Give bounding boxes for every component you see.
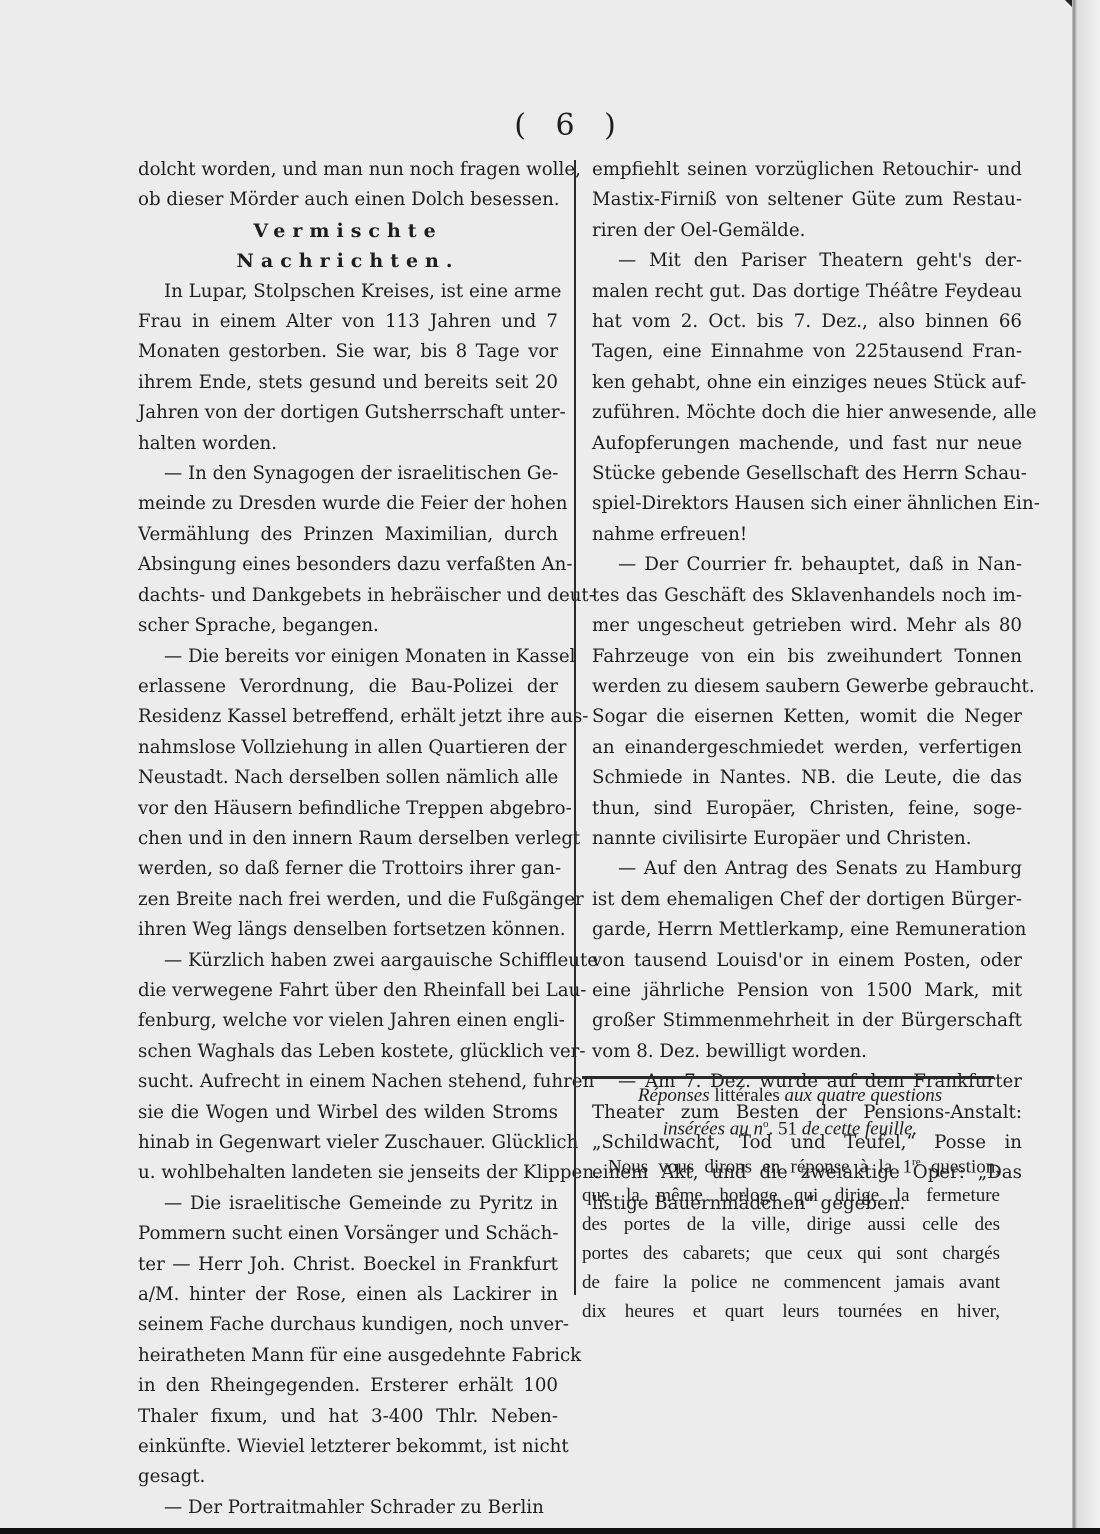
title-part: de cette feuille. <box>802 1118 918 1139</box>
text-line: ihrem Ende, stets gesund und bereits sei… <box>138 368 558 398</box>
text-line: — Die israelitische Gemeinde zu Pyritz i… <box>138 1189 558 1219</box>
text-line: ist dem ehemaligen Chef der dortigen Bür… <box>592 885 1022 915</box>
text-line: — Der Courrier fr. behauptet, daß in Nan… <box>592 550 1022 580</box>
newspaper-page: ( 6 ) dolcht worden, und man nun noch fr… <box>0 0 1075 1534</box>
superscript: re <box>912 1156 921 1168</box>
text-line: Nous vous dirons en réponse à la 1re que… <box>582 1148 1000 1181</box>
text-line: Aufopferungen machende, und fast nur neu… <box>592 429 1022 459</box>
text-line: spiel-Direktors Hausen sich einer ähnlic… <box>592 489 1022 519</box>
text-line: des portes de la ville, dirige aussi cel… <box>582 1210 1000 1239</box>
text-line: a/M. hinter der Rose, einen als Lackirer… <box>138 1280 558 1310</box>
text-line: mer ungescheut getrieben wird. Mehr als … <box>592 611 1022 641</box>
news-article: — Kürzlich haben zwei aargauische Schiff… <box>138 946 558 1189</box>
news-article: In Lupar, Stolpschen Kreises, ist eine a… <box>138 277 558 459</box>
text-line: sie die Wogen und Wirbel des wilden Stro… <box>138 1098 558 1128</box>
text-line: malen recht gut. Das dortige Théâtre Fey… <box>592 277 1022 307</box>
text-line: nahme erfreuen! <box>592 520 1022 550</box>
text-line: u. wohlbehalten landeten sie jenseits de… <box>138 1158 558 1188</box>
text-line: einkünfte. Wieviel letzterer bekommt, is… <box>138 1432 558 1462</box>
column-divider <box>574 160 576 1295</box>
text-line: hat vom 2. Oct. bis 7. Dez., also binnen… <box>592 307 1022 337</box>
text-line: de faire la police ne commencent jamais … <box>582 1268 1000 1297</box>
text-line: dachts- und Dankgebets in hebräischer un… <box>138 581 558 611</box>
right-column: empfiehlt seinen vorzüglichen Retouchir-… <box>592 155 1022 1219</box>
text-line: Absingung eines besonders dazu verfaßten… <box>138 550 558 580</box>
text-line: zuführen. Möchte doch die hier anwesende… <box>592 398 1022 428</box>
title-part: . 51 <box>768 1118 801 1139</box>
text-line: Residenz Kassel betreffend, erhält jetzt… <box>138 702 558 732</box>
text-line: heiratheten Mann für eine ausgedehnte Fa… <box>138 1341 558 1371</box>
title-part: littérales <box>710 1085 785 1106</box>
text-fragment: question, <box>921 1156 1000 1177</box>
text-line: Fahrzeuge von ein bis zweihundert Tonnen <box>592 642 1022 672</box>
text-line: — Die bereits vor einigen Monaten in Kas… <box>138 642 558 672</box>
continued-text: dolcht worden, und man nun noch fragen w… <box>138 155 558 216</box>
text-line: — Der Portraitmahler Schrader zu Berlin <box>138 1493 558 1523</box>
left-column: dolcht worden, und man nun noch fragen w… <box>138 155 558 1523</box>
text-line: Mastix-Firniß von seltener Güte zum Rest… <box>592 185 1022 215</box>
french-section-body: Nous vous dirons en réponse à la 1re que… <box>582 1148 1000 1326</box>
text-line: Schmiede in Nantes. NB. die Leute, die d… <box>592 763 1022 793</box>
text-line: schen Waghals das Leben kostete, glückli… <box>138 1037 558 1067</box>
text-line: halten worden. <box>138 429 558 459</box>
news-article: — Der Courrier fr. behauptet, daß in Nan… <box>592 550 1022 854</box>
text-line: nahmslose Vollziehung in allen Quartiere… <box>138 733 558 763</box>
text-line: tes das Geschäft des Sklavenhandels noch… <box>592 581 1022 611</box>
title-part: Réponses <box>638 1085 710 1106</box>
text-line: sucht. Aufrecht in einem Nachen stehend,… <box>138 1067 558 1097</box>
title-part: aux quatre questions <box>785 1085 943 1106</box>
text-line: dix heures et quart leurs tournées en hi… <box>582 1297 1000 1326</box>
text-line: eine jährliche Pension von 1500 Mark, mi… <box>592 976 1022 1006</box>
text-line: werden, so daß ferner die Trottoirs ihre… <box>138 854 558 884</box>
text-line: vor den Häusern befindliche Treppen abge… <box>138 794 558 824</box>
text-line: die verwegene Fahrt über den Rheinfall b… <box>138 976 558 1006</box>
text-line: fenburg, welche vor vielen Jahren einen … <box>138 1006 558 1036</box>
text-line: seinem Fache durchaus kundigen, noch unv… <box>138 1310 558 1340</box>
text-line: Stücke gebende Gesellschaft des Herrn Sc… <box>592 459 1022 489</box>
book-spine-edge <box>1072 0 1100 1534</box>
text-line: ob dieser Mörder auch einen Dolch besess… <box>138 185 558 215</box>
text-line: nannte civilisirte Europäer und Christen… <box>592 824 1022 854</box>
text-line: garde, Herrn Mettlerkamp, eine Remunerat… <box>592 915 1022 945</box>
text-line: — Mit den Pariser Theatern geht's der- <box>592 246 1022 276</box>
text-line: ter — Herr Joh. Christ. Boeckel in Frank… <box>138 1250 558 1280</box>
news-article: — Auf den Antrag des Senats zu Hamburgis… <box>592 854 1022 1067</box>
text-line: Frau in einem Alter von 113 Jahren und 7 <box>138 307 558 337</box>
text-line: riren der Oel-Gemälde. <box>592 216 1022 246</box>
text-line: empfiehlt seinen vorzüglichen Retouchir-… <box>592 155 1022 185</box>
scan-bottom-edge <box>0 1528 1100 1534</box>
text-line: in den Rheingegenden. Ersterer erhält 10… <box>138 1371 558 1401</box>
news-article: — Der Portraitmahler Schrader zu Berlin <box>138 1493 558 1523</box>
text-line: großer Stimmenmehrheit in der Bürgerscha… <box>592 1006 1022 1036</box>
text-line: meinde zu Dresden wurde die Feier der ho… <box>138 489 558 519</box>
text-line: que la même horloge qui dirige la fermet… <box>582 1181 1000 1210</box>
text-line: dolcht worden, und man nun noch fragen w… <box>138 155 558 185</box>
text-line: portes des cabarets; que ceux qui sont c… <box>582 1239 1000 1268</box>
text-line: In Lupar, Stolpschen Kreises, ist eine a… <box>138 277 558 307</box>
text-line: gesagt. <box>138 1462 558 1492</box>
text-line: Neustadt. Nach derselben sollen nämlich … <box>138 763 558 793</box>
text-line: Thaler fixum, und hat 3-400 Thlr. Neben- <box>138 1402 558 1432</box>
news-article: — Die bereits vor einigen Monaten in Kas… <box>138 642 558 946</box>
text-line: Monaten gestorben. Sie war, bis 8 Tage v… <box>138 337 558 367</box>
text-line: ken gehabt, ohne ein einziges neues Stüc… <box>592 368 1022 398</box>
french-section-title: Réponses littérales aux quatre questions… <box>580 1082 1000 1143</box>
text-line: werden zu diesem saubern Gewerbe gebrauc… <box>592 672 1022 702</box>
text-line: chen und in den innern Raum derselben ve… <box>138 824 558 854</box>
news-article: — Mit den Pariser Theatern geht's der-ma… <box>592 246 1022 550</box>
text-line: Pommern sucht einen Vorsänger und Schäch… <box>138 1219 558 1249</box>
page-number: ( 6 ) <box>500 108 640 143</box>
title-part: insérées au n <box>663 1118 763 1139</box>
text-line: Tagen, eine Einnahme von 225tausend Fran… <box>592 337 1022 367</box>
text-line: — Auf den Antrag des Senats zu Hamburg <box>592 854 1022 884</box>
text-line: erlassene Verordnung, die Bau-Polizei de… <box>138 672 558 702</box>
text-fragment: Nous vous dirons en réponse à la 1 <box>608 1156 912 1177</box>
text-line: zen Breite nach frei werden, und die Fuß… <box>138 885 558 915</box>
news-article: — In den Synagogen der israelitischen Ge… <box>138 459 558 641</box>
text-line: — Kürzlich haben zwei aargauische Schiff… <box>138 946 558 976</box>
text-line: scher Sprache, begangen. <box>138 611 558 641</box>
text-line: von tausend Louisd'or in einem Posten, o… <box>592 946 1022 976</box>
text-line: — In den Synagogen der israelitischen Ge… <box>138 459 558 489</box>
section-heading: Vermischte Nachrichten. <box>138 216 558 277</box>
news-article: empfiehlt seinen vorzüglichen Retouchir-… <box>592 155 1022 246</box>
text-line: Jahren von der dortigen Gutsherrschaft u… <box>138 398 558 428</box>
text-line: Sogar die eisernen Ketten, womit die Neg… <box>592 702 1022 732</box>
text-line: ihren Weg längs denselben fortsetzen kön… <box>138 915 558 945</box>
text-line: vom 8. Dez. bewilligt worden. <box>592 1037 1022 1067</box>
section-separator <box>582 1076 994 1079</box>
text-line: an einandergeschmiedet werden, verfertig… <box>592 733 1022 763</box>
news-article: — Die israelitische Gemeinde zu Pyritz i… <box>138 1189 558 1493</box>
text-line: thun, sind Europäer, Christen, feine, so… <box>592 794 1022 824</box>
text-line: hinab in Gegenwart vieler Zuschauer. Glü… <box>138 1128 558 1158</box>
text-line: Vermählung des Prinzen Maximilian, durch <box>138 520 558 550</box>
